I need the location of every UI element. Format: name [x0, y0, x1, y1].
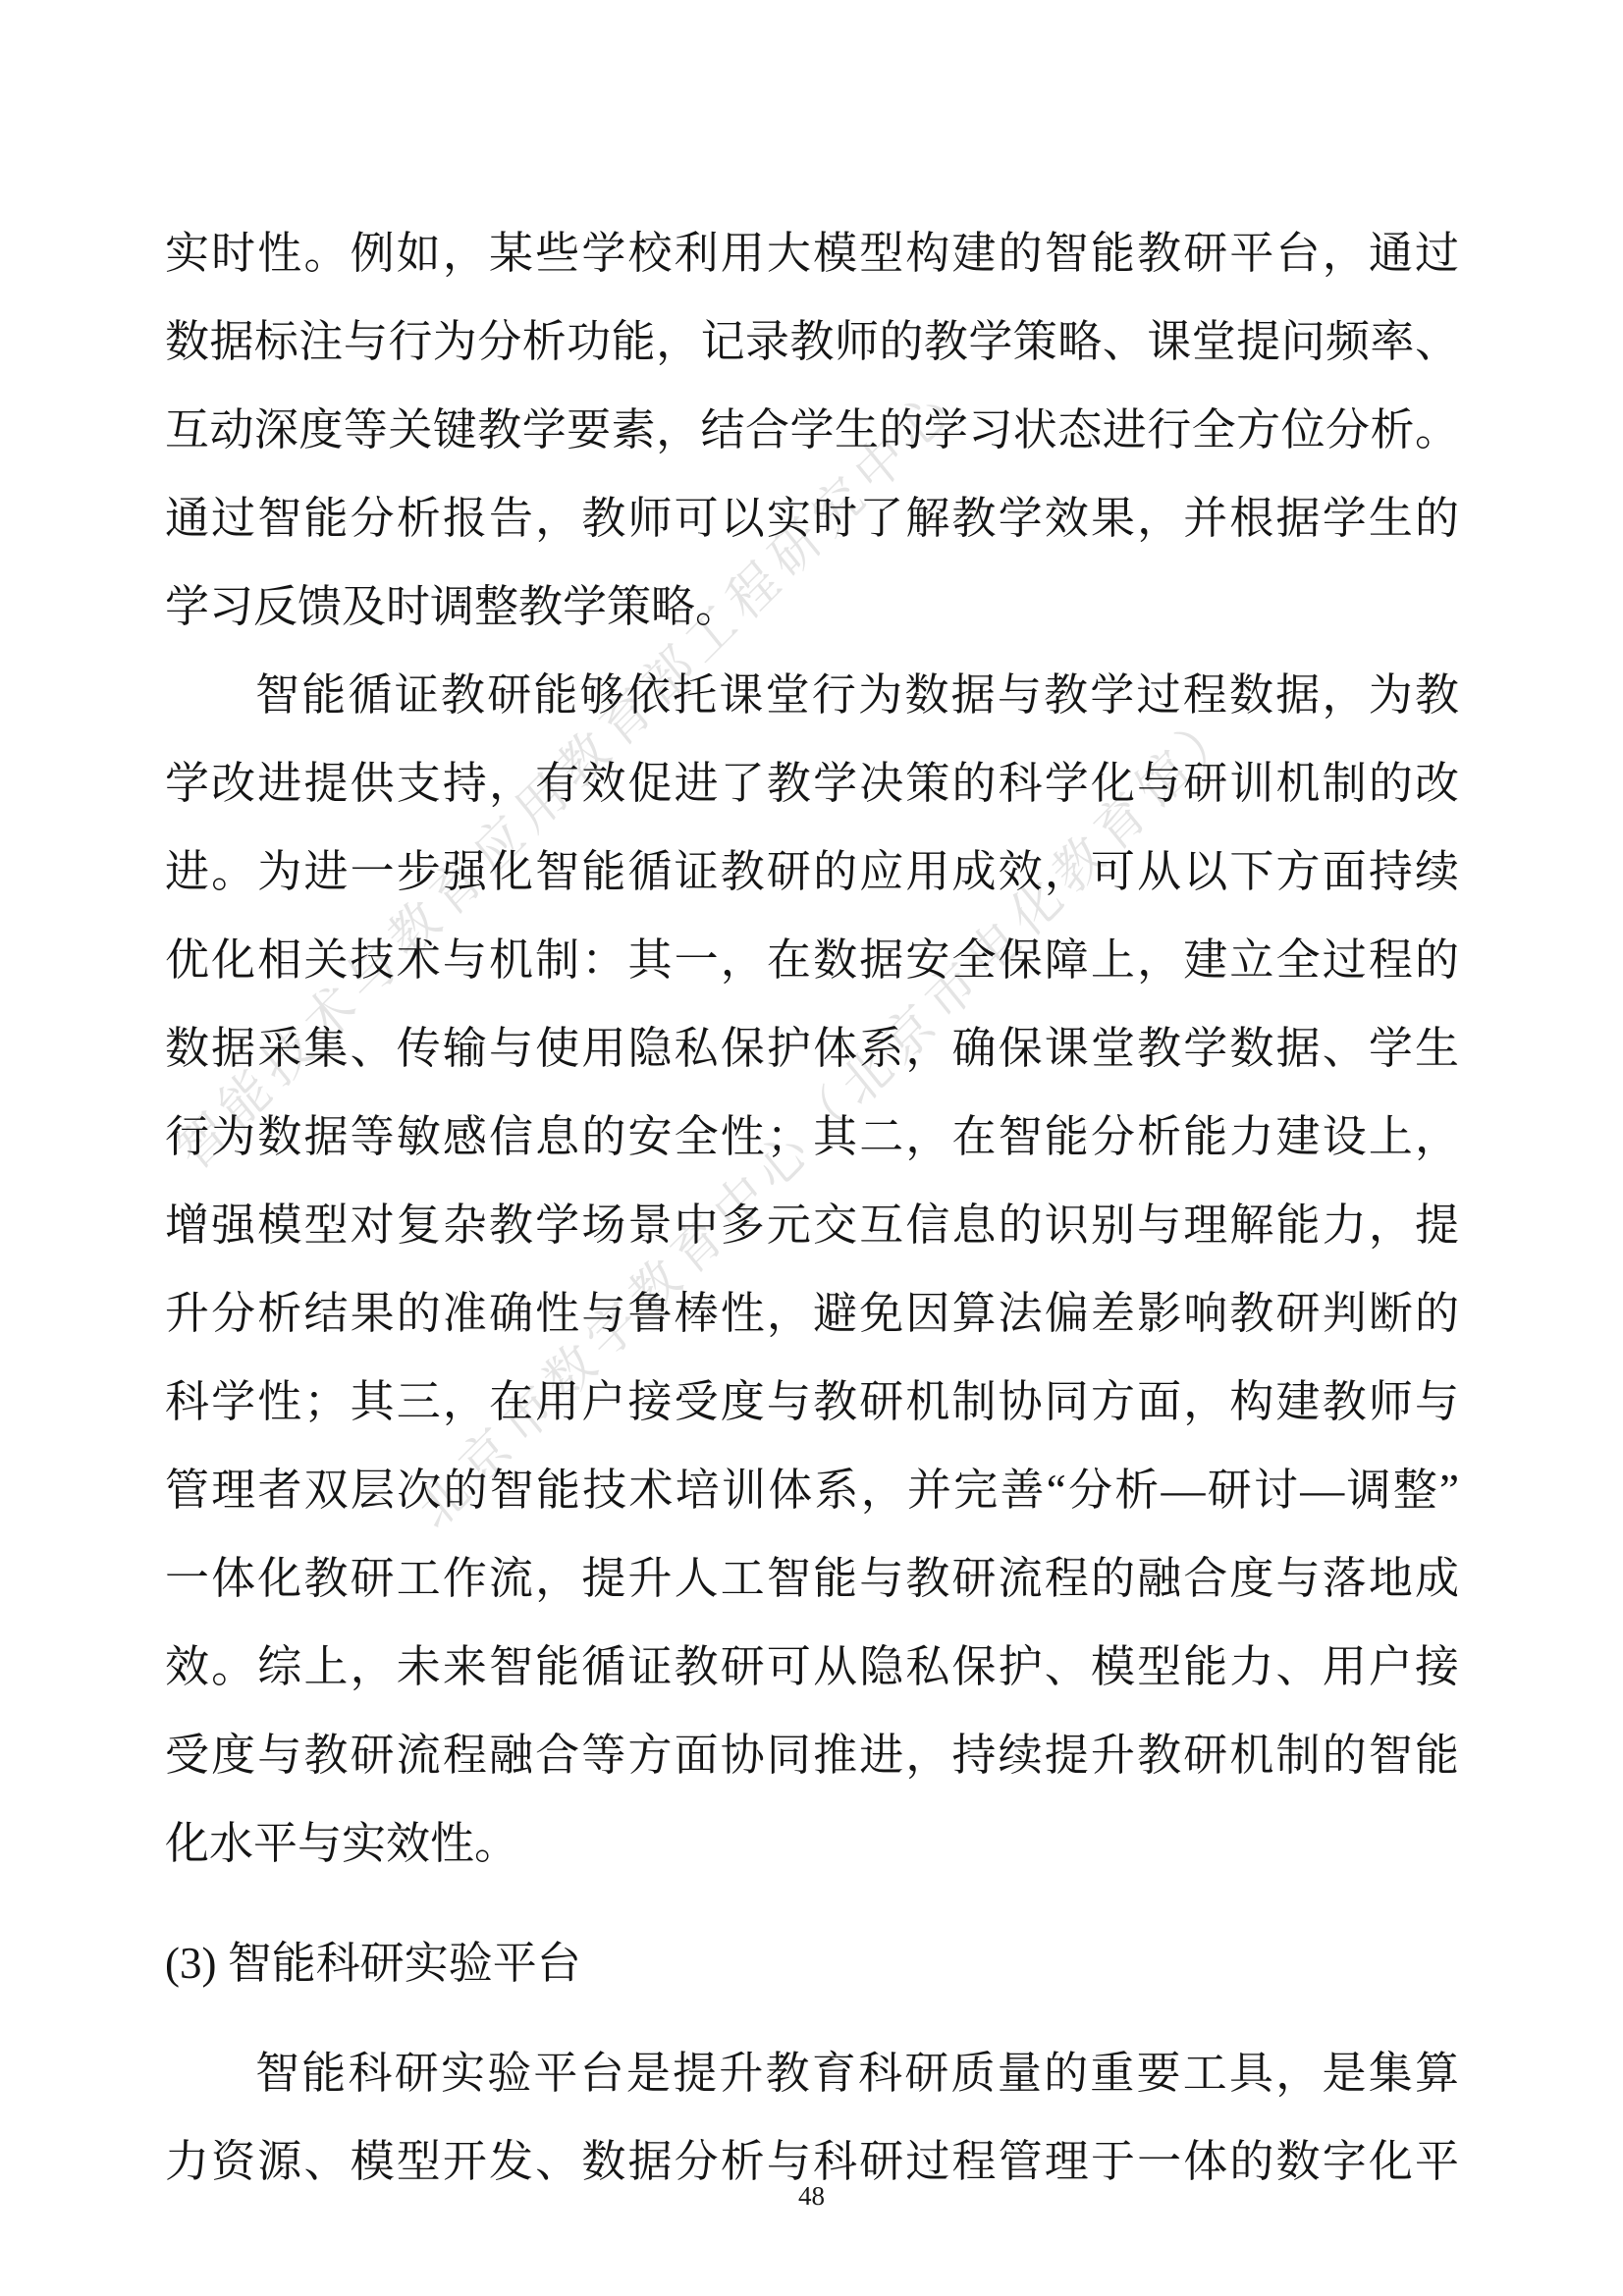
text-line: 智能循证教研能够依托课堂行为数据与教学过程数据，为教: [165, 651, 1459, 739]
text-line: 通过智能分析报告，教师可以实时了解教学效果，并根据学生的: [165, 474, 1459, 562]
text-line: 管理者双层次的智能技术培训体系，并完善“分析—研讨—调整”: [165, 1446, 1459, 1534]
text-line: 数据标注与行为分析功能，记录教师的教学策略、课堂提问频率、: [165, 297, 1459, 386]
text-line: 优化相关技术与机制：其一，在数据安全保障上，建立全过程的: [165, 916, 1459, 1004]
text-line: 进。为进一步强化智能循证教研的应用成效，可从以下方面持续: [165, 828, 1459, 916]
document-body: 实时性。例如，某些学校利用大模型构建的智能教研平台，通过数据标注与行为分析功能，…: [165, 209, 1459, 2206]
text-line: 升分析结果的准确性与鲁棒性，避免因算法偏差影响教研判断的: [165, 1269, 1459, 1358]
text-line: 科学性；其三，在用户接受度与教研机制协同方面，构建教师与: [165, 1358, 1459, 1446]
text-line: 增强模型对复杂教学场景中多元交互信息的识别与理解能力，提: [165, 1181, 1459, 1269]
text-line: 智能科研实验平台是提升教育科研质量的重要工具，是集算: [165, 2029, 1459, 2117]
page-number: 48: [0, 2181, 1623, 2212]
text-line: 受度与教研流程融合等方面协同推进，持续提升教研机制的智能: [165, 1711, 1459, 1799]
text-line: 一体化教研工作流，提升人工智能与教研流程的融合度与落地成: [165, 1534, 1459, 1623]
text-line: 化水平与实效性。: [165, 1799, 1459, 1888]
document-page: 智能技术与教育应用教育部工程研究中心 北京市数字教育中心（北京市电化教育馆） 实…: [0, 0, 1623, 2296]
section-heading: (3) 智能科研实验平台: [165, 1919, 1459, 2007]
text-line: 学习反馈及时调整教学策略。: [165, 562, 1459, 651]
text-line: 效。综上，未来智能循证教研可从隐私保护、模型能力、用户接: [165, 1623, 1459, 1711]
text-line: 互动深度等关键教学要素，结合学生的学习状态进行全方位分析。: [165, 386, 1459, 474]
text-line: 行为数据等敏感信息的安全性；其二，在智能分析能力建设上，: [165, 1093, 1459, 1181]
text-line: 实时性。例如，某些学校利用大模型构建的智能教研平台，通过: [165, 209, 1459, 297]
text-line: 学改进提供支持，有效促进了教学决策的科学化与研训机制的改: [165, 739, 1459, 828]
text-line: 数据采集、传输与使用隐私保护体系，确保课堂教学数据、学生: [165, 1004, 1459, 1093]
